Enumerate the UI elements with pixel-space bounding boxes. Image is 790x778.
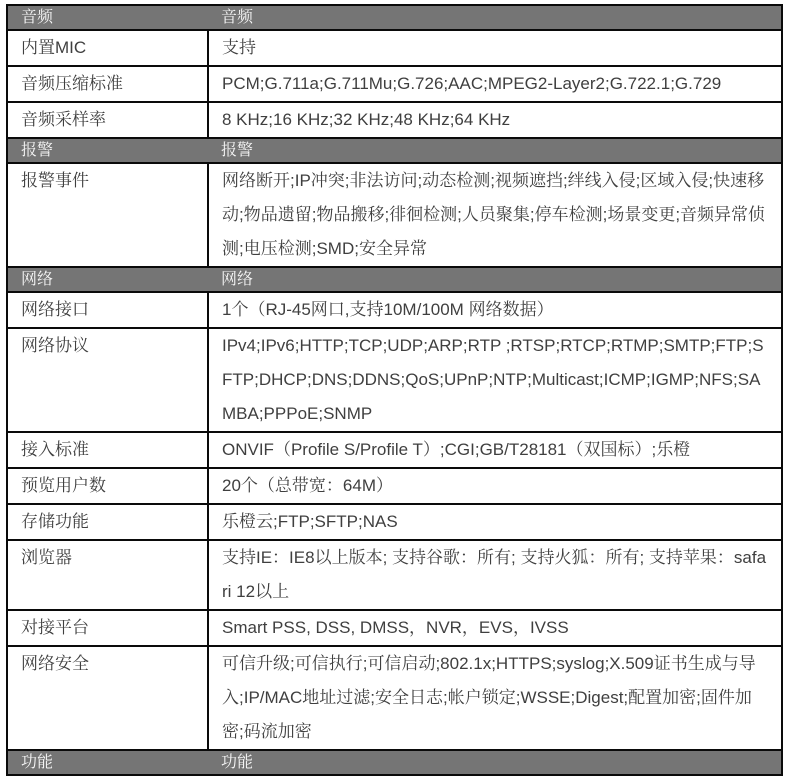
section-title: 音频: [7, 5, 208, 30]
spec-row: 报警事件网络断开;IP冲突;非法访问;动态检测;视频遮挡;绊线入侵;区域入侵;快…: [7, 163, 782, 267]
section-title: 报警: [7, 138, 208, 163]
spec-param-label: 音频压缩标准: [7, 66, 208, 102]
spec-row: 网络接口1个（RJ-45网口,支持10M/100M 网络数据）: [7, 292, 782, 328]
spec-table-body: 音频音频内置MIC支持音频压缩标准PCM;G.711a;G.711Mu;G.72…: [7, 5, 782, 775]
spec-row: 内置MIC支持: [7, 30, 782, 66]
spec-row: 存储功能乐橙云;FTP;SFTP;NAS: [7, 504, 782, 540]
section-title-repeat: 报警: [208, 138, 782, 163]
spec-row: 浏览器支持IE：IE8以上版本; 支持谷歌：所有; 支持火狐：所有; 支持苹果：…: [7, 540, 782, 610]
spec-value: PCM;G.711a;G.711Mu;G.726;AAC;MPEG2-Layer…: [208, 66, 782, 102]
spec-value: 8 KHz;16 KHz;32 KHz;48 KHz;64 KHz: [208, 102, 782, 138]
spec-value: 1个（RJ-45网口,支持10M/100M 网络数据）: [208, 292, 782, 328]
spec-param-label: 报警事件: [7, 163, 208, 267]
product-spec-table: 音频音频内置MIC支持音频压缩标准PCM;G.711a;G.711Mu;G.72…: [6, 4, 783, 776]
spec-value: 乐橙云;FTP;SFTP;NAS: [208, 504, 782, 540]
spec-row: 对接平台Smart PSS, DSS, DMSS，NVR，EVS，IVSS: [7, 610, 782, 646]
spec-param-label: 网络协议: [7, 328, 208, 432]
spec-row: 预览用户数20个（总带宽：64M）: [7, 468, 782, 504]
spec-value: 20个（总带宽：64M）: [208, 468, 782, 504]
spec-param-label: 接入标准: [7, 432, 208, 468]
spec-row: 网络协议IPv4;IPv6;HTTP;TCP;UDP;ARP;RTP ;RTSP…: [7, 328, 782, 432]
spec-param-label: 网络安全: [7, 646, 208, 750]
section-title-repeat: 网络: [208, 267, 782, 292]
spec-page: 音频音频内置MIC支持音频压缩标准PCM;G.711a;G.711Mu;G.72…: [0, 0, 790, 778]
section-header-row: 功能功能: [7, 750, 782, 775]
spec-param-label: 对接平台: [7, 610, 208, 646]
spec-value: 支持IE：IE8以上版本; 支持谷歌：所有; 支持火狐：所有; 支持苹果：saf…: [208, 540, 782, 610]
section-title: 功能: [7, 750, 208, 775]
spec-value: IPv4;IPv6;HTTP;TCP;UDP;ARP;RTP ;RTSP;RTC…: [208, 328, 782, 432]
section-title-repeat: 音频: [208, 5, 782, 30]
section-header-row: 报警报警: [7, 138, 782, 163]
spec-row: 网络安全可信升级;可信执行;可信启动;802.1x;HTTPS;syslog;X…: [7, 646, 782, 750]
spec-row: 音频压缩标准PCM;G.711a;G.711Mu;G.726;AAC;MPEG2…: [7, 66, 782, 102]
spec-row: 接入标准ONVIF（Profile S/Profile T）;CGI;GB/T2…: [7, 432, 782, 468]
spec-value: 网络断开;IP冲突;非法访问;动态检测;视频遮挡;绊线入侵;区域入侵;快速移动;…: [208, 163, 782, 267]
spec-param-label: 浏览器: [7, 540, 208, 610]
spec-param-label: 预览用户数: [7, 468, 208, 504]
spec-value: 可信升级;可信执行;可信启动;802.1x;HTTPS;syslog;X.509…: [208, 646, 782, 750]
spec-param-label: 音频采样率: [7, 102, 208, 138]
spec-value: ONVIF（Profile S/Profile T）;CGI;GB/T28181…: [208, 432, 782, 468]
spec-param-label: 内置MIC: [7, 30, 208, 66]
section-header-row: 网络网络: [7, 267, 782, 292]
spec-value: Smart PSS, DSS, DMSS，NVR，EVS，IVSS: [208, 610, 782, 646]
section-title: 网络: [7, 267, 208, 292]
section-title-repeat: 功能: [208, 750, 782, 775]
spec-param-label: 存储功能: [7, 504, 208, 540]
spec-row: 音频采样率8 KHz;16 KHz;32 KHz;48 KHz;64 KHz: [7, 102, 782, 138]
spec-param-label: 网络接口: [7, 292, 208, 328]
section-header-row: 音频音频: [7, 5, 782, 30]
spec-value: 支持: [208, 30, 782, 66]
